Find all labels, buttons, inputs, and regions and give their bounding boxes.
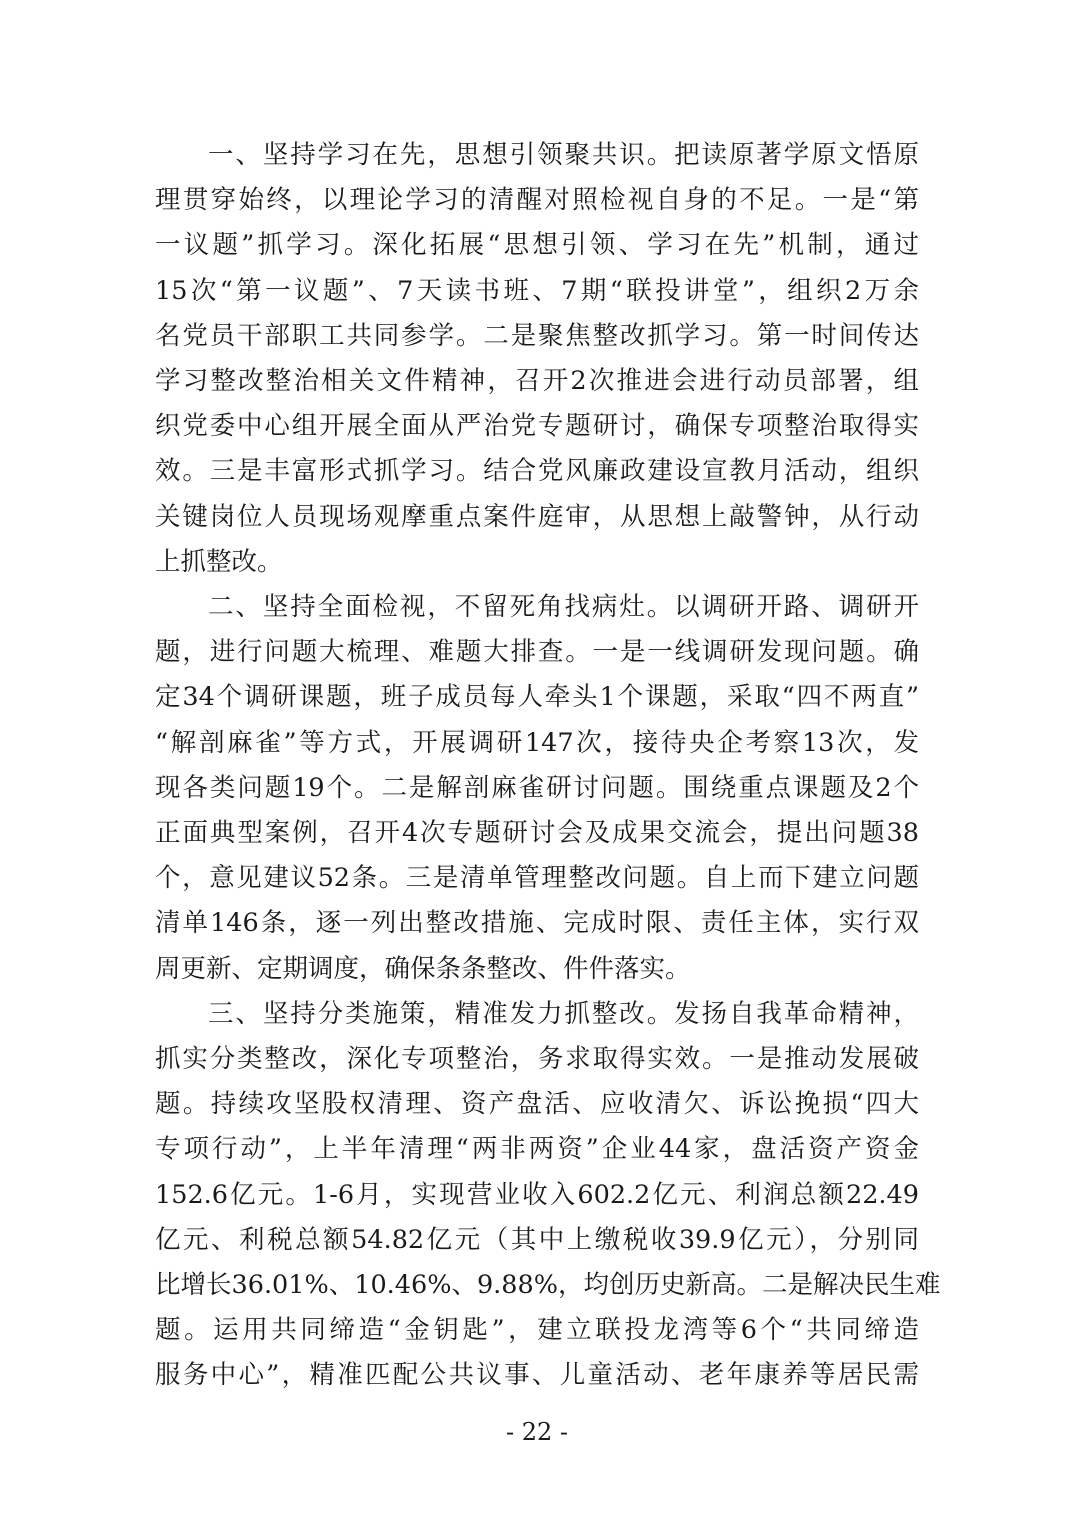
text-line: 题。持续攻坚股权清理、资产盘活、应收清欠、诉讼挽损“四大 — [155, 1086, 919, 1122]
paragraph-first-line: 三、坚持分类施策，精准发力抓整改。发扬自我革命精神， — [208, 996, 919, 1032]
text-line: 周更新、定期调度，确保条条整改、件件落实。 — [155, 951, 919, 987]
text-line: 比增长36.01%、10.46%、9.88%，均创历史新高。二是解决民生难 — [155, 1267, 919, 1303]
text-line: 关键岗位人员现场观摩重点案件庭审，从思想上敲警钟，从行动 — [155, 499, 919, 535]
page-number: - 22 - — [0, 1418, 1074, 1446]
text-line: 专项行动”，上半年清理“两非两资”企业44家，盘活资产资金 — [155, 1131, 919, 1167]
text-line: 抓实分类整改，深化专项整治，务求取得实效。一是推动发展破 — [155, 1041, 919, 1077]
text-line: 个，意见建议52条。三是清单管理整改问题。自上而下建立问题 — [155, 860, 919, 896]
text-line: 一议题”抓学习。深化拓展“思想引领、学习在先”机制，通过 — [155, 227, 919, 263]
text-line: “解剖麻雀”等方式，开展调研147次，接待央企考察13次，发 — [155, 725, 919, 761]
paragraph-first-line: 二、坚持全面检视，不留死角找病灶。以调研开路、调研开 — [208, 589, 919, 625]
text-line: 理贯穿始终，以理论学习的清醒对照检视自身的不足。一是“第 — [155, 182, 919, 218]
text-line: 上抓整改。 — [155, 544, 919, 580]
text-line: 定34个调研课题，班子成员每人牵头1个课题，采取“四不两直” — [155, 679, 919, 715]
text-line: 152.6亿元。1-6月，实现营业收入602.2亿元、利润总额22.49 — [155, 1177, 919, 1213]
text-line: 服务中心”，精准匹配公共议事、儿童活动、老年康养等居民需 — [155, 1357, 919, 1393]
text-line: 正面典型案例，召开4次专题研讨会及成果交流会，提出问题38 — [155, 815, 919, 851]
text-line: 题。运用共同缔造“金钥匙”，建立联投龙湾等6个“共同缔造 — [155, 1312, 919, 1348]
paragraph-first-line: 一、坚持学习在先，思想引领聚共识。把读原著学原文悟原 — [208, 137, 919, 173]
text-line: 效。三是丰富形式抓学习。结合党风廉政建设宣教月活动，组织 — [155, 453, 919, 489]
text-line: 现各类问题19个。二是解剖麻雀研讨问题。围绕重点课题及2个 — [155, 770, 919, 806]
text-line: 15次“第一议题”、7天读书班、7期“联投讲堂”，组织2万余 — [155, 273, 919, 309]
text-line: 名党员干部职工共同参学。二是聚焦整改抓学习。第一时间传达 — [155, 318, 919, 354]
text-line: 学习整改整治相关文件精神，召开2次推进会进行动员部署，组 — [155, 363, 919, 399]
text-line: 亿元、利税总额54.82亿元（其中上缴税收39.9亿元），分别同 — [155, 1222, 919, 1258]
text-line: 织党委中心组开展全面从严治党专题研讨，确保专项整治取得实 — [155, 408, 919, 444]
text-line: 题，进行问题大梳理、难题大排查。一是一线调研发现问题。确 — [155, 634, 919, 670]
document-page: 一、坚持学习在先，思想引领聚共识。把读原著学原文悟原理贯穿始终，以理论学习的清醒… — [0, 0, 1074, 1520]
text-line: 清单146条，逐一列出整改措施、完成时限、责任主体，实行双 — [155, 905, 919, 941]
